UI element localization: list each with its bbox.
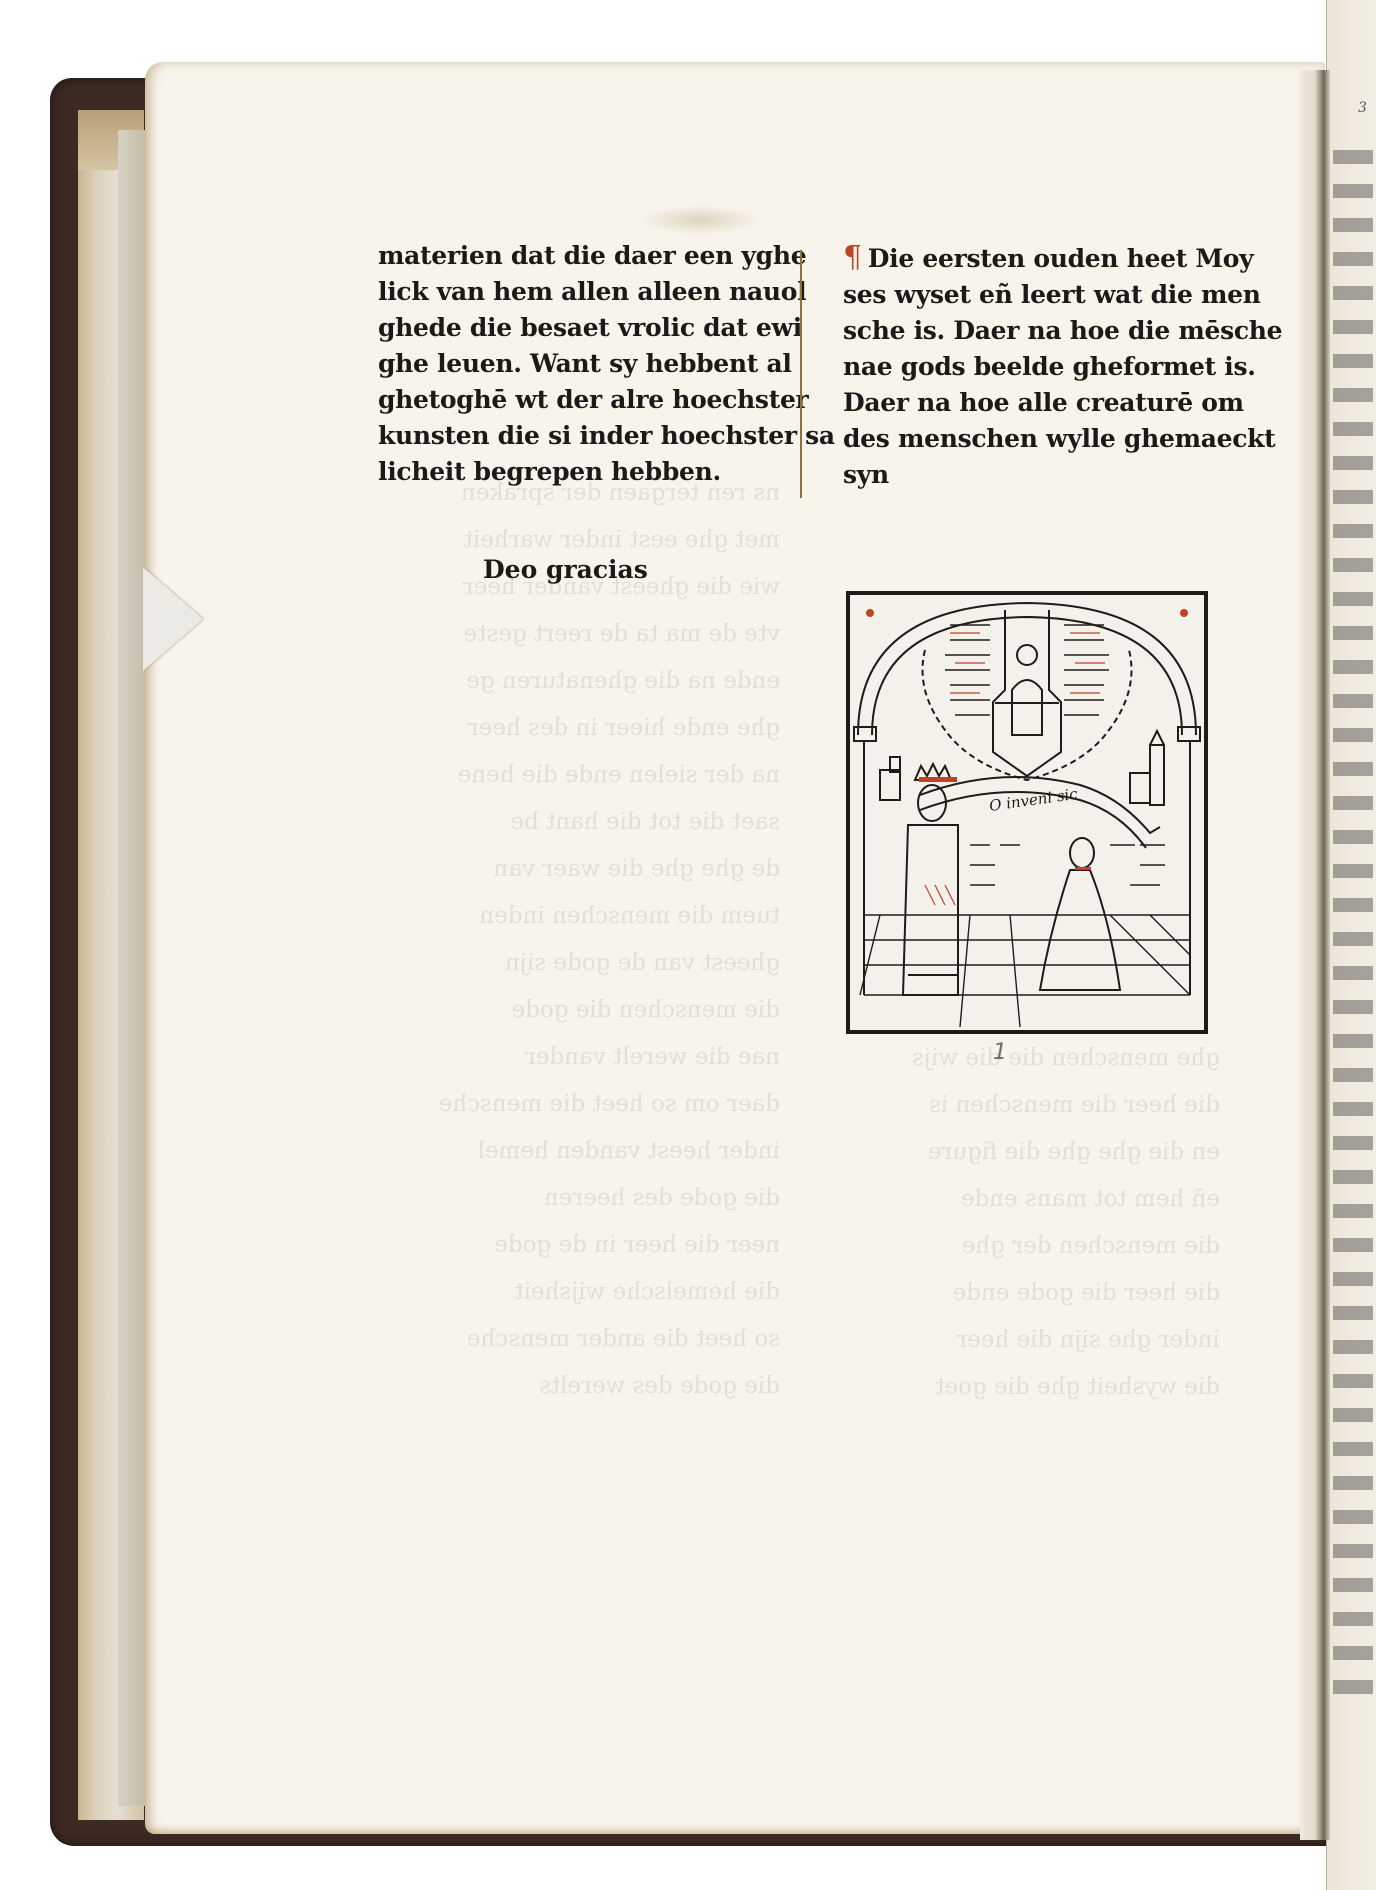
text-line: lick van hem allen alleen nauol xyxy=(378,274,778,310)
paper-stain xyxy=(640,205,760,235)
woodcut-drawing: O inveni sic xyxy=(850,595,1204,1030)
facing-page-number: 3 xyxy=(1358,100,1367,116)
folio-number: 1 xyxy=(993,1040,1007,1065)
text-line: ses wyset eñ leert wat die men xyxy=(843,277,1223,313)
text-line: nae gods beelde gheformet is. xyxy=(843,349,1223,385)
text-line: kunsten die si inder hoechster sa xyxy=(378,418,778,454)
pilcrow-icon: ¶ xyxy=(843,240,862,275)
text-line: syn xyxy=(843,457,1223,493)
text-line: ghede die besaet vrolic dat ewi xyxy=(378,310,778,346)
text-column-right: ¶Die eersten ouden heet Moy ses wyset eñ… xyxy=(843,240,1223,493)
woodcut-illustration: O inveni sic xyxy=(846,591,1208,1034)
facing-page-text xyxy=(1333,150,1373,1710)
show-through-text-right: ghe menschen die die wijs die heer die m… xyxy=(840,1035,1220,1411)
text-line: materien dat die daer een yghe xyxy=(378,238,778,274)
page-gutter xyxy=(1300,70,1330,1840)
text-line: licheit begrepen hebben. xyxy=(378,454,778,490)
text-line: Die eersten ouden heet Moy xyxy=(868,244,1254,273)
text-line: des menschen wylle ghemaeckt xyxy=(843,421,1223,457)
text-line: ghe leuen. Want sy hebbent al xyxy=(378,346,778,382)
show-through-text-left: ns ren tergaen der spraken met ghe eest … xyxy=(400,470,780,1410)
explicit-deo-gracias: Deo gracias xyxy=(483,555,648,584)
column-ruling-line xyxy=(800,250,802,498)
text-line: sche is. Daer na hoe die mēsche xyxy=(843,313,1223,349)
text-line: ghetoghē wt der alre hoechster xyxy=(378,382,778,418)
text-line: Daer na hoe alle creaturē om xyxy=(843,385,1223,421)
torn-paper-fragment xyxy=(143,567,203,671)
banderole-text: O inveni sic xyxy=(988,785,1079,815)
text-column-left: materien dat die daer een yghe lick van … xyxy=(378,238,778,490)
